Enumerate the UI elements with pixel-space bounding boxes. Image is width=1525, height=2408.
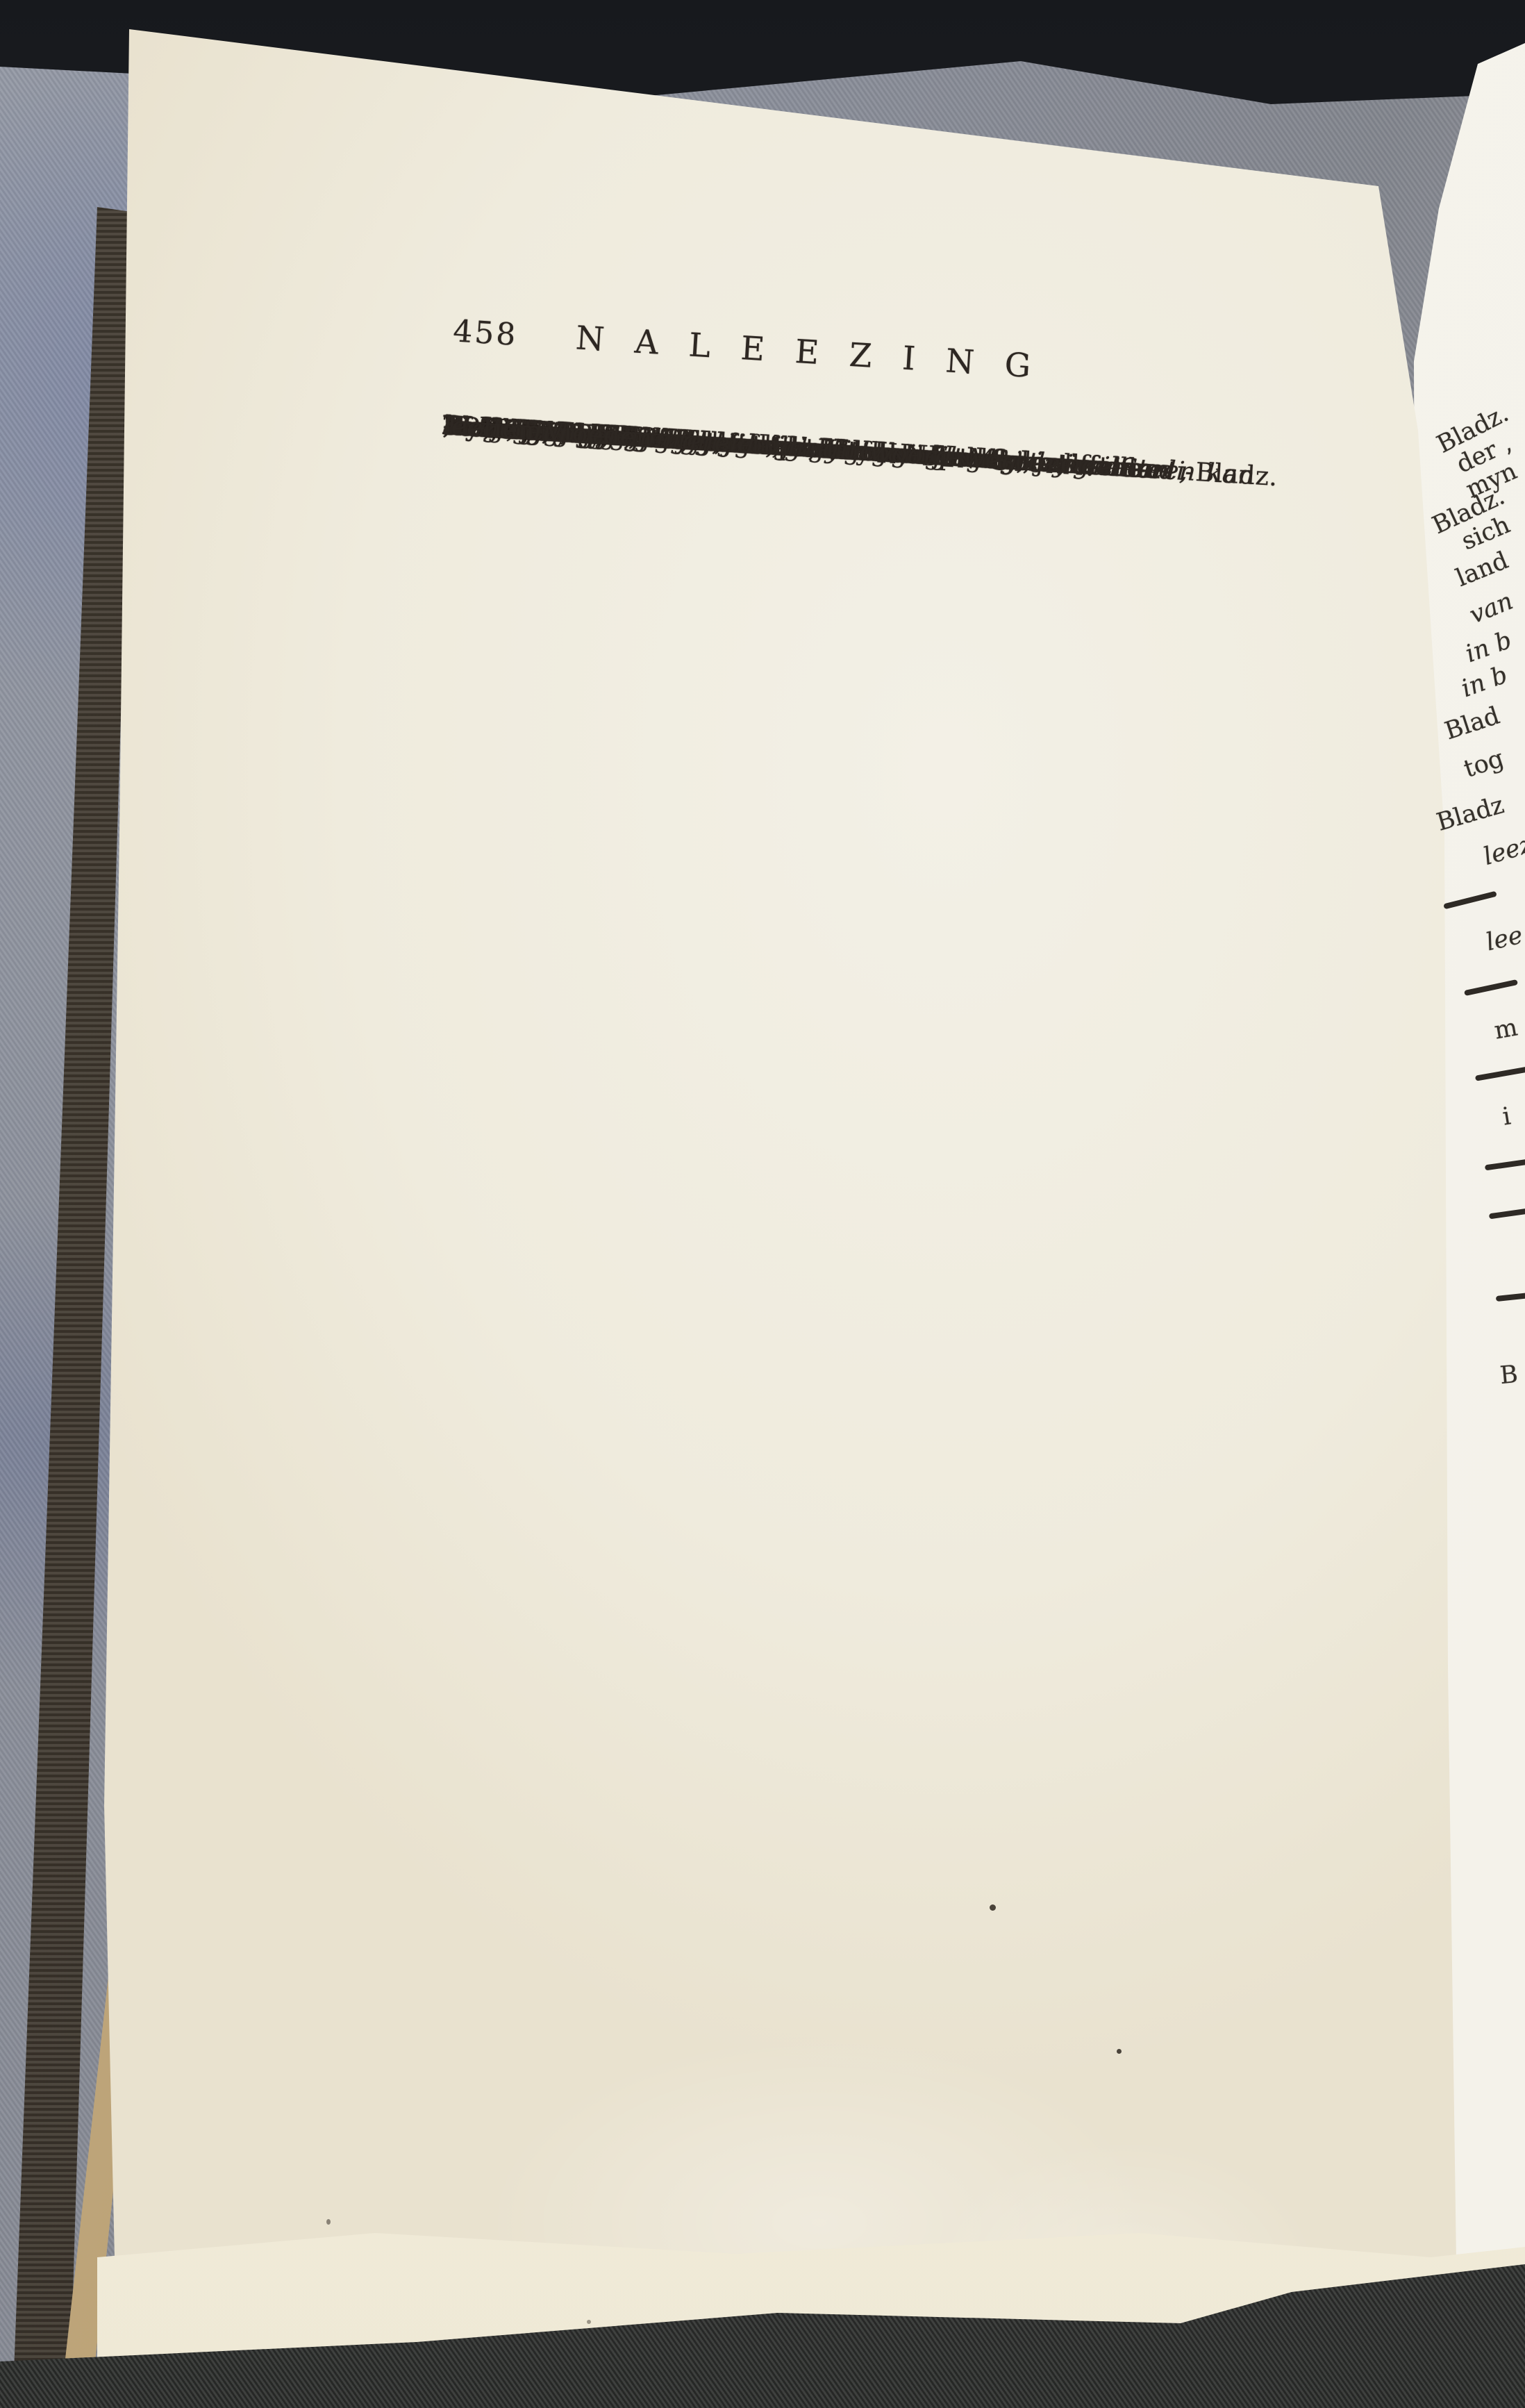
facing-dash-rule	[1485, 1158, 1525, 1171]
paper-speck	[1117, 2049, 1122, 2054]
paper-speck	[990, 1904, 996, 1911]
facing-text-fragment: Bladz	[1433, 791, 1507, 837]
facing-dash-rule	[1475, 1066, 1525, 1081]
facing-text-fragment: lee	[1483, 922, 1525, 957]
facing-text-fragment: land	[1452, 547, 1512, 592]
facing-text-fragment: tog	[1460, 745, 1507, 783]
facing-text-fragment: Blad	[1442, 702, 1503, 746]
page-number: 458	[452, 315, 519, 352]
book-photo-scene: 458 N A L E E Z I N G verandert ; hem ni…	[0, 0, 1525, 2408]
facing-text-fragment: van	[1466, 588, 1517, 630]
facing-text-fragment: m	[1492, 1013, 1520, 1045]
paper-speck	[326, 2219, 331, 2225]
facing-dash-rule	[1464, 979, 1518, 996]
facing-text-fragment: in b	[1458, 661, 1511, 704]
facing-text-fragment: B	[1499, 1361, 1519, 1390]
facing-text-fragment: leez	[1481, 831, 1525, 871]
facing-text-fragment: i	[1501, 1102, 1512, 1131]
facing-page-text-fragments: Bladz.der ,mynBladz.sichlandvanin bin bB…	[1425, 0, 1525, 2408]
paper-speck	[587, 2320, 591, 2324]
facing-dash-rule	[1489, 1206, 1525, 1220]
facing-dash-rule	[1443, 891, 1497, 910]
facing-dash-rule	[1496, 1290, 1525, 1302]
facing-text-fragment: in b	[1462, 626, 1515, 669]
